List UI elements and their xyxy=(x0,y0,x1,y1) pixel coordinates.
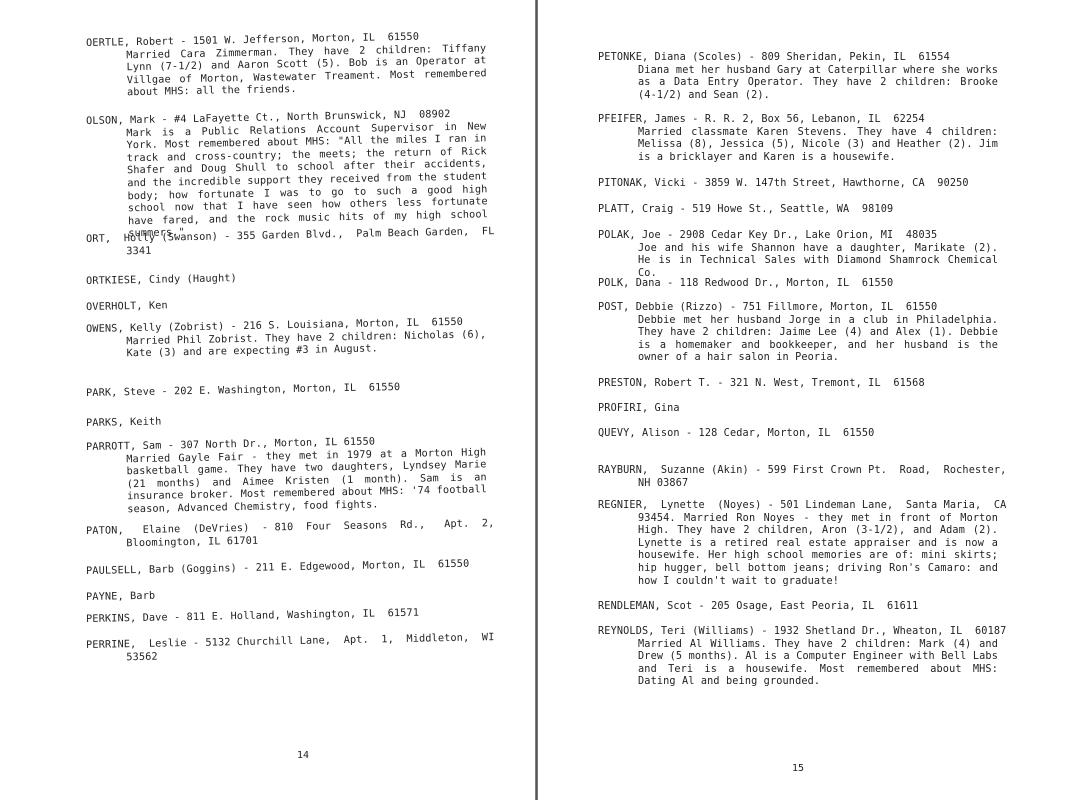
entry-head: POST, Debbie (Rizzo) - 751 Fillmore, Mor… xyxy=(598,302,998,315)
entry-platt: PLATT, Craig - 519 Howe St., Seattle, WA… xyxy=(598,204,998,217)
entry-petonke: PETONKE, Diana (Scoles) - 809 Sheridan, … xyxy=(598,52,998,102)
entry-pitonak: PITONAK, Vicki - 3859 W. 147th Street, H… xyxy=(598,178,998,191)
entry-body: Diana met her husband Gary at Caterpilla… xyxy=(598,65,998,103)
entry-regnier: REGNIER, Lynette (Noyes) - 501 Lindeman … xyxy=(598,500,998,588)
entry-body: Joe and his wife Shannon have a daughter… xyxy=(598,243,998,281)
entry-head: POLAK, Joe - 2908 Cedar Key Dr., Lake Or… xyxy=(598,230,998,243)
entry-head: REGNIER, Lynette (Noyes) - 501 Lindeman … xyxy=(598,500,998,513)
entry-overholt: OVERHOLT, Ken xyxy=(86,294,486,314)
entry-oertle: OERTLE, Robert - 1501 W. Jefferson, Mort… xyxy=(86,30,487,101)
entry-head: PROFIRI, Gina xyxy=(598,403,998,416)
entry-head: REYNOLDS, Teri (Williams) - 1932 Shetlan… xyxy=(598,626,998,639)
page-number: 14 xyxy=(297,750,309,761)
entry-head: PARK, Steve - 202 E. Washington, Morton,… xyxy=(86,380,486,400)
entry-head: PERKINS, Dave - 811 E. Holland, Washingt… xyxy=(86,606,486,626)
entry-body: Married Al Williams. They have 2 childre… xyxy=(598,639,998,689)
page-number: 15 xyxy=(792,763,804,774)
entry-body: Debbie met her husband Jorge in a club i… xyxy=(598,315,998,365)
right-page: PETONKE, Diana (Scoles) - 809 Sheridan, … xyxy=(538,0,1065,800)
entry-owens: OWENS, Kelly (Zobrist) - 216 S. Louisian… xyxy=(86,316,487,361)
entry-head: POLK, Dana - 118 Redwood Dr., Morton, IL… xyxy=(598,278,998,291)
entry-perkins: PERKINS, Dave - 811 E. Holland, Washingt… xyxy=(86,606,486,626)
entry-head: RENDLEMAN, Scot - 205 Osage, East Peoria… xyxy=(598,601,998,614)
entry-head: PAULSELL, Barb (Goggins) - 211 E. Edgewo… xyxy=(86,558,486,578)
entry-head: RAYBURN, Suzanne (Akin) - 599 First Crow… xyxy=(598,465,998,478)
entry-perrine: PERRINE, Leslie - 5132 Churchill Lane, A… xyxy=(86,632,486,665)
entry-body: NH 03867 xyxy=(598,478,998,491)
entry-head: OVERHOLT, Ken xyxy=(86,294,486,314)
entry-parrott: PARROTT, Sam - 307 North Dr., Morton, IL… xyxy=(86,434,487,517)
entry-paton: PATON, Elaine (DeVries) - 810 Four Seaso… xyxy=(86,518,486,551)
entry-paulsell: PAULSELL, Barb (Goggins) - 211 E. Edgewo… xyxy=(86,558,486,578)
entry-body: Married Gayle Fair - they met in 1979 at… xyxy=(86,447,487,518)
entry-head: PAYNE, Barb xyxy=(86,584,486,604)
entry-head: PETONKE, Diana (Scoles) - 809 Sheridan, … xyxy=(598,52,998,65)
entry-olson: OLSON, Mark - #4 LaFayette Ct., North Br… xyxy=(86,108,488,242)
entry-preston: PRESTON, Robert T. - 321 N. West, Tremon… xyxy=(598,378,998,391)
entry-post: POST, Debbie (Rizzo) - 751 Fillmore, Mor… xyxy=(598,302,998,365)
entry-profiri: PROFIRI, Gina xyxy=(598,403,998,416)
entry-rendleman: RENDLEMAN, Scot - 205 Osage, East Peoria… xyxy=(598,601,998,614)
entry-reynolds: REYNOLDS, Teri (Williams) - 1932 Shetlan… xyxy=(598,626,998,689)
entry-parks: PARKS, Keith xyxy=(86,410,486,430)
entry-pfeifer: PFEIFER, James - R. R. 2, Box 56, Lebano… xyxy=(598,114,998,164)
entry-rayburn: RAYBURN, Suzanne (Akin) - 599 First Crow… xyxy=(598,465,998,490)
entry-body: 93454. Married Ron Noyes - they met in f… xyxy=(598,513,998,589)
entry-polak: POLAK, Joe - 2908 Cedar Key Dr., Lake Or… xyxy=(598,230,998,280)
entry-body: Married Cara Zimmerman. They have 2 chil… xyxy=(86,43,487,101)
entry-head: QUEVY, Alison - 128 Cedar, Morton, IL 61… xyxy=(598,428,998,441)
entry-quevy: QUEVY, Alison - 128 Cedar, Morton, IL 61… xyxy=(598,428,998,441)
entry-head: PRESTON, Robert T. - 321 N. West, Tremon… xyxy=(598,378,998,391)
yearbook-spread: OERTLE, Robert - 1501 W. Jefferson, Mort… xyxy=(0,0,1065,800)
entry-polk: POLK, Dana - 118 Redwood Dr., Morton, IL… xyxy=(598,278,998,291)
entry-head: PARKS, Keith xyxy=(86,410,486,430)
left-page: OERTLE, Robert - 1501 W. Jefferson, Mort… xyxy=(0,0,535,800)
entry-head: PITONAK, Vicki - 3859 W. 147th Street, H… xyxy=(598,178,998,191)
entry-body: Mark is a Public Relations Account Super… xyxy=(86,121,488,242)
entry-head: PFEIFER, James - R. R. 2, Box 56, Lebano… xyxy=(598,114,998,127)
entry-ortkiese: ORTKIESE, Cindy (Haught) xyxy=(86,268,486,288)
entry-head: ORTKIESE, Cindy (Haught) xyxy=(86,268,486,288)
entry-body: Married classmate Karen Stevens. They ha… xyxy=(598,127,998,165)
entry-park: PARK, Steve - 202 E. Washington, Morton,… xyxy=(86,380,486,400)
entry-payne: PAYNE, Barb xyxy=(86,584,486,604)
entry-head: PLATT, Craig - 519 Howe St., Seattle, WA… xyxy=(598,204,998,217)
